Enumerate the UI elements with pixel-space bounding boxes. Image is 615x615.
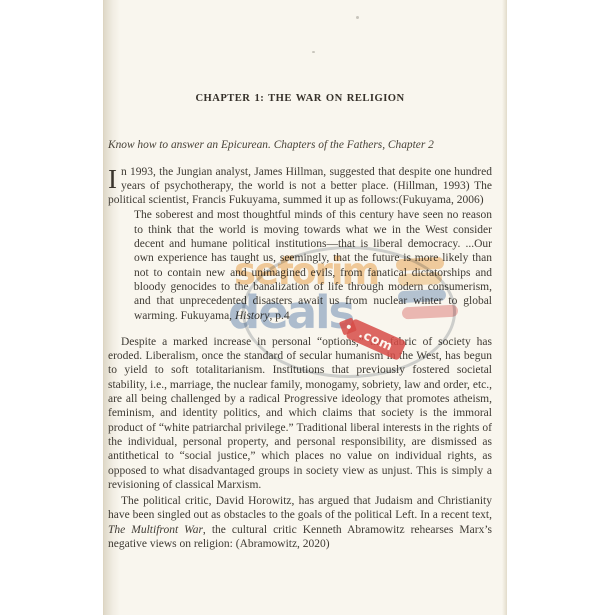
block-quote-text: The soberest and most thoughtful minds o…: [134, 209, 492, 321]
paragraph-liberalism: Despite a marked increase in personal “o…: [108, 335, 492, 492]
epigraph: Know how to answer an Epicurean. Chapter…: [108, 138, 492, 152]
paragraph-intro-text: n 1993, the Jungian analyst, James Hillm…: [108, 166, 492, 207]
page-content: CHAPTER 1: THE WAR ON RELIGION Know how …: [108, 0, 492, 551]
book-page: CHAPTER 1: THE WAR ON RELIGION Know how …: [103, 0, 507, 615]
quote-citation-title: History: [235, 310, 270, 322]
quote-citation-page: , p.4: [269, 310, 289, 322]
paragraph-horowitz-text-1: The political critic, David Horowitz, ha…: [108, 495, 492, 521]
paragraph-horowitz: The political critic, David Horowitz, ha…: [108, 494, 492, 551]
drop-cap: I: [108, 165, 121, 191]
block-quote: The soberest and most thoughtful minds o…: [134, 208, 492, 322]
chapter-title: CHAPTER 1: THE WAR ON RELIGION: [108, 92, 492, 106]
paragraph-intro: In 1993, the Jungian analyst, James Hill…: [108, 165, 492, 208]
book-title-italic: The Multifront War: [108, 524, 203, 536]
